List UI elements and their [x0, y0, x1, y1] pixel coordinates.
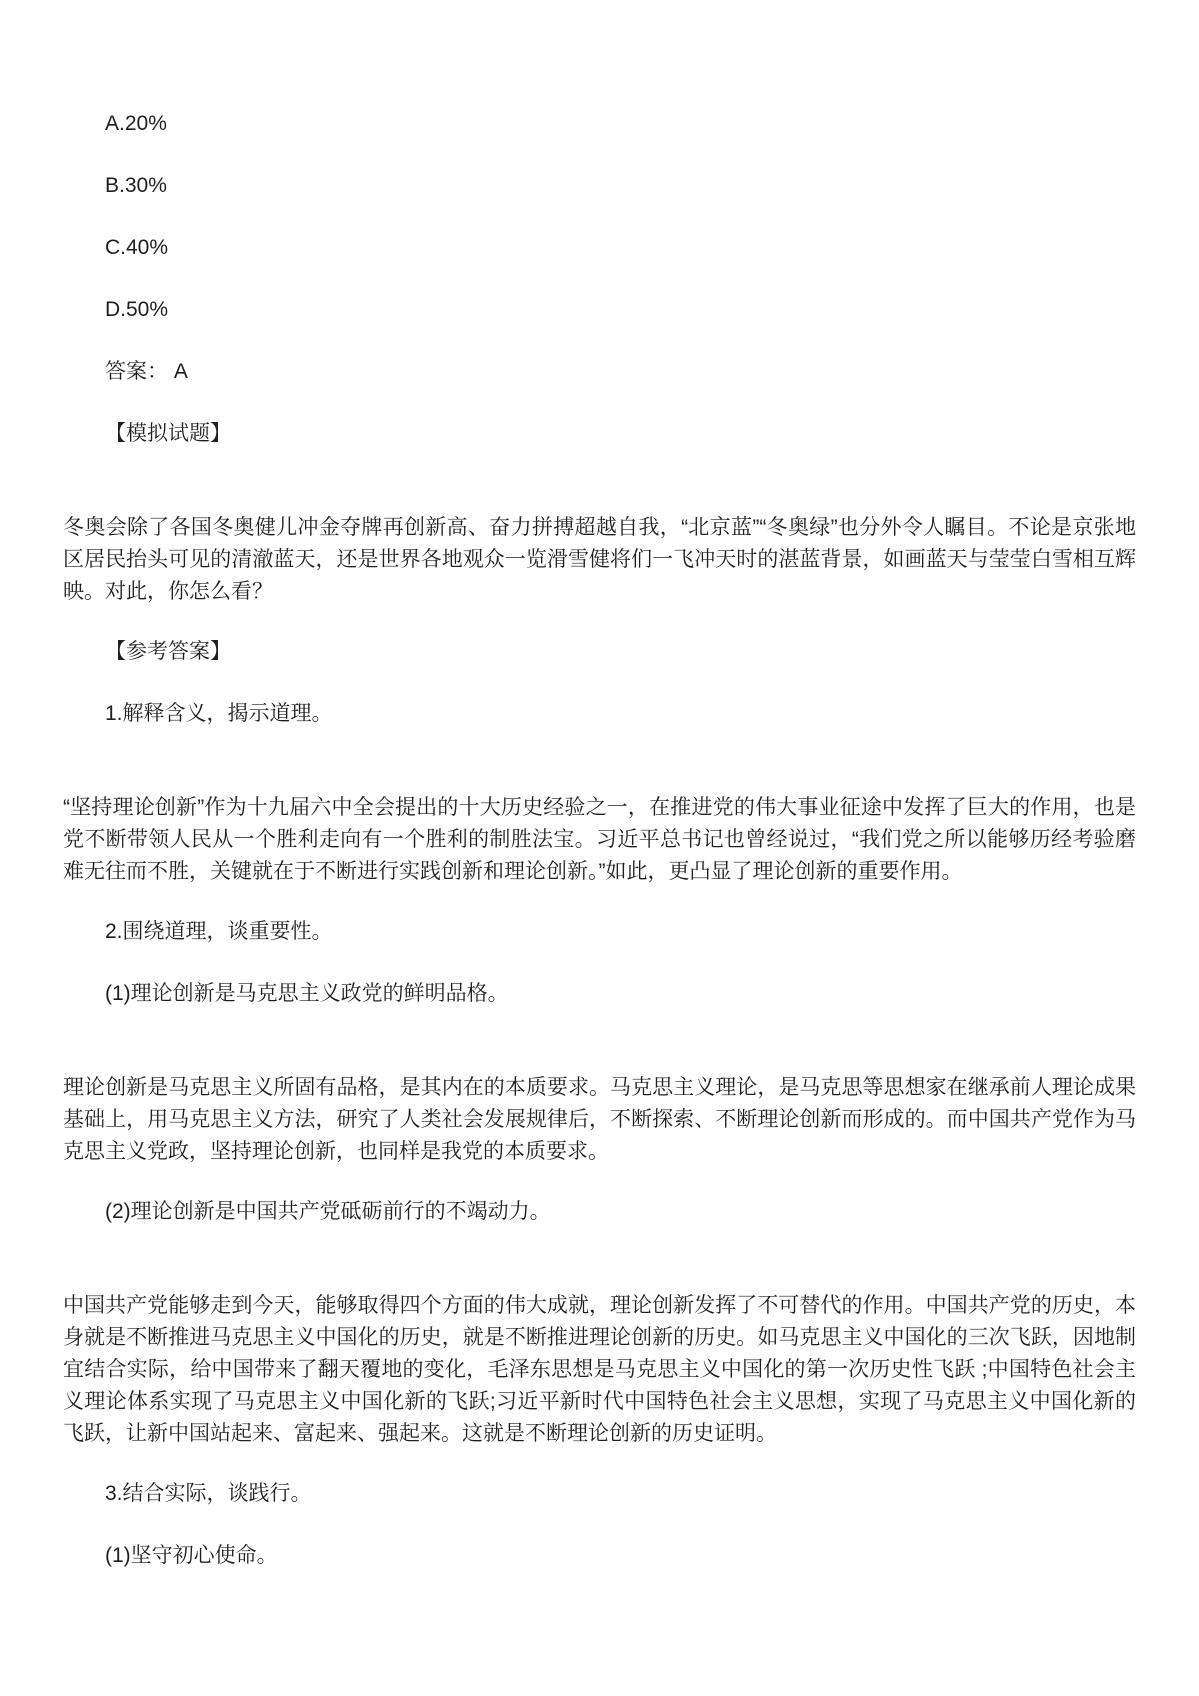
- point-1-paragraph: “坚持理论创新”作为十九届六中全会提出的十大历史经验之一，在推进党的伟大事业征途…: [63, 792, 1136, 888]
- subpoint-2-2-paragraph: 中国共产党能够走到今天，能够取得四个方面的伟大成就，理论创新发挥了不可替代的作用…: [63, 1290, 1136, 1450]
- option-b: B.30%: [63, 170, 1136, 202]
- option-a: A.20%: [63, 108, 1136, 140]
- reference-answer-heading: 【参考答案】: [63, 636, 1136, 668]
- question-paragraph: 冬奥会除了各国冬奥健儿冲金夺牌再创新高、奋力拼搏超越自我，“北京蓝”“冬奥绿”也…: [63, 512, 1136, 608]
- point-2-heading: 2.围绕道理，谈重要性。: [63, 916, 1136, 948]
- subpoint-3-1-heading: (1)坚守初心使命。: [63, 1540, 1136, 1572]
- mock-exam-heading: 【模拟试题】: [63, 418, 1136, 450]
- option-c: C.40%: [63, 232, 1136, 264]
- document-page: A.20% B.30% C.40% D.50% 答案： A 【模拟试题】 冬奥会…: [63, 108, 1136, 1572]
- subpoint-2-2-heading: (2)理论创新是中国共产党砥砺前行的不竭动力。: [63, 1196, 1136, 1228]
- point-1-heading: 1.解释含义，揭示道理。: [63, 698, 1136, 730]
- point-3-heading: 3.结合实际，谈践行。: [63, 1478, 1136, 1510]
- subpoint-2-1-heading: (1)理论创新是马克思主义政党的鲜明品格。: [63, 978, 1136, 1010]
- option-d: D.50%: [63, 294, 1136, 326]
- subpoint-2-1-paragraph: 理论创新是马克思主义所固有品格，是其内在的本质要求。马克思主义理论，是马克思等思…: [63, 1072, 1136, 1168]
- answer-line: 答案： A: [63, 356, 1136, 388]
